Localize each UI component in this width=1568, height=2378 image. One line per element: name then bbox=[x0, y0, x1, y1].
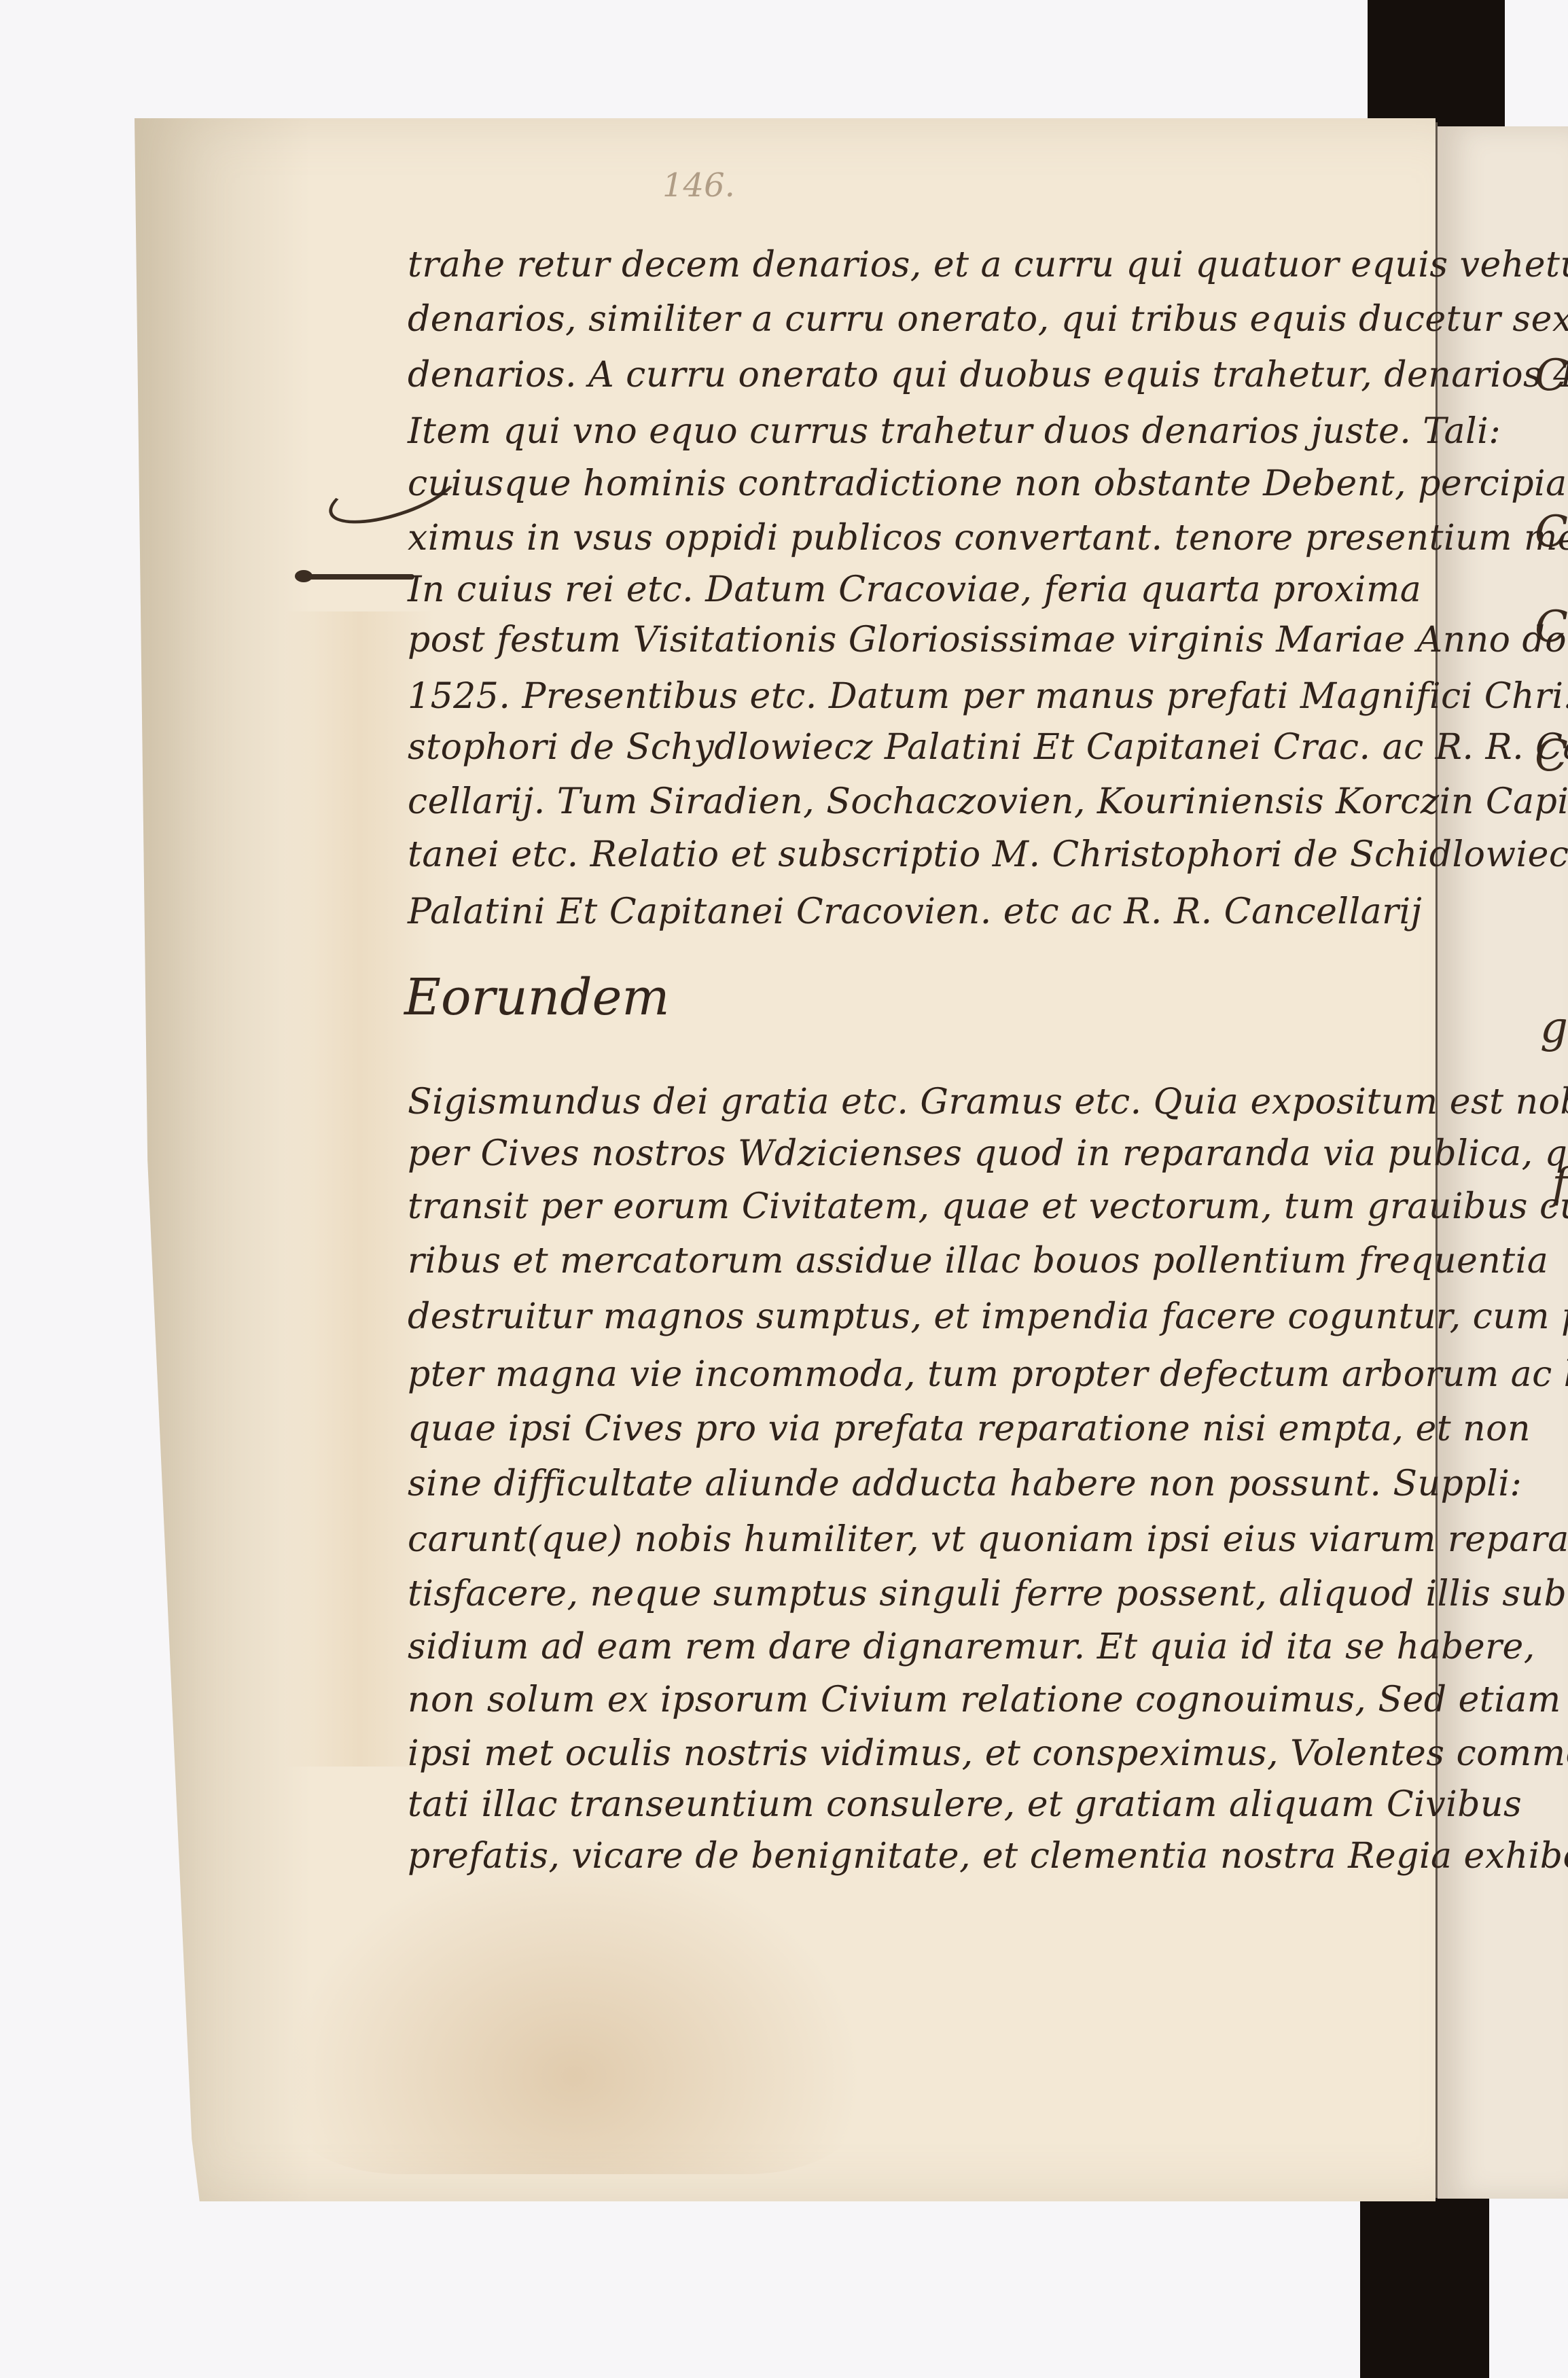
text-line: sine difficultate aliunde adducta habere… bbox=[408, 1463, 1372, 1504]
folio-number: 146. bbox=[662, 166, 735, 205]
text-line: prefatis, vicare de benignitate, et clem… bbox=[408, 1836, 1372, 1877]
text-line: Palatini Et Capitanei Cracovien. etc ac … bbox=[408, 891, 1372, 932]
text-line: ipsi met oculis nostris vidimus, et cons… bbox=[408, 1733, 1372, 1774]
text-line: carunt(que) nobis humiliter, vt quoniam … bbox=[408, 1519, 1372, 1560]
text-line: per Cives nostros Wdzicienses quod in re… bbox=[408, 1133, 1372, 1174]
text-line: stophori de Schydlowiecz Palatini Et Cap… bbox=[408, 727, 1372, 768]
text-line: cuiusque hominis contradictione non obst… bbox=[408, 463, 1372, 504]
text-line: destruitur magnos sumptus, et impendia f… bbox=[408, 1296, 1372, 1337]
text-line: denarios. A curru onerato qui duobus equ… bbox=[408, 355, 1372, 395]
binding-strip-bottom bbox=[1360, 2198, 1489, 2378]
text-line: quae ipsi Cives pro via prefata reparati… bbox=[408, 1408, 1372, 1449]
text-line: transit per eorum Civitatem, quae et vec… bbox=[408, 1186, 1372, 1227]
text-line: sidium ad eam rem dare dignaremur. Et qu… bbox=[408, 1627, 1372, 1667]
text-line: cellarij. Tum Siradien, Sochaczovien, Ko… bbox=[408, 781, 1372, 822]
text-line: denarios, similiter a curru onerato, qui… bbox=[408, 299, 1372, 340]
text-line: In cuius rei etc. Datum Cracoviae, feria… bbox=[408, 569, 1372, 610]
text-line: non solum ex ipsorum Civium relatione co… bbox=[408, 1680, 1372, 1720]
text-line: Item qui vno equo currus trahetur duos d… bbox=[408, 411, 1372, 452]
text-line: post festum Visitationis Gloriosissimae … bbox=[408, 620, 1372, 660]
text-line: ximus in vsus oppidi publicos convertant… bbox=[408, 518, 1372, 558]
text-line: Sigismundus dei gratia etc. Gramus etc. … bbox=[408, 1082, 1372, 1122]
text-line: ribus et mercatorum assidue illac bouos … bbox=[408, 1241, 1372, 1281]
margin-pointer-mark bbox=[299, 574, 414, 580]
section-heading: Eorundem bbox=[404, 968, 670, 1027]
text-line: pter magna vie incommoda, tum propter de… bbox=[408, 1354, 1372, 1395]
text-line: tati illac transeuntium consulere, et gr… bbox=[408, 1784, 1372, 1825]
right-page-fragment: g bbox=[1540, 1003, 1568, 1053]
text-line: trahe retur decem denarios, et a curru q… bbox=[408, 245, 1372, 285]
text-line: tisfacere, neque sumptus singuli ferre p… bbox=[408, 1574, 1372, 1614]
text-line: tanei etc. Relatio et subscriptio M. Chr… bbox=[408, 834, 1372, 875]
text-line: 1525. Presentibus etc. Datum per manus p… bbox=[408, 676, 1372, 717]
